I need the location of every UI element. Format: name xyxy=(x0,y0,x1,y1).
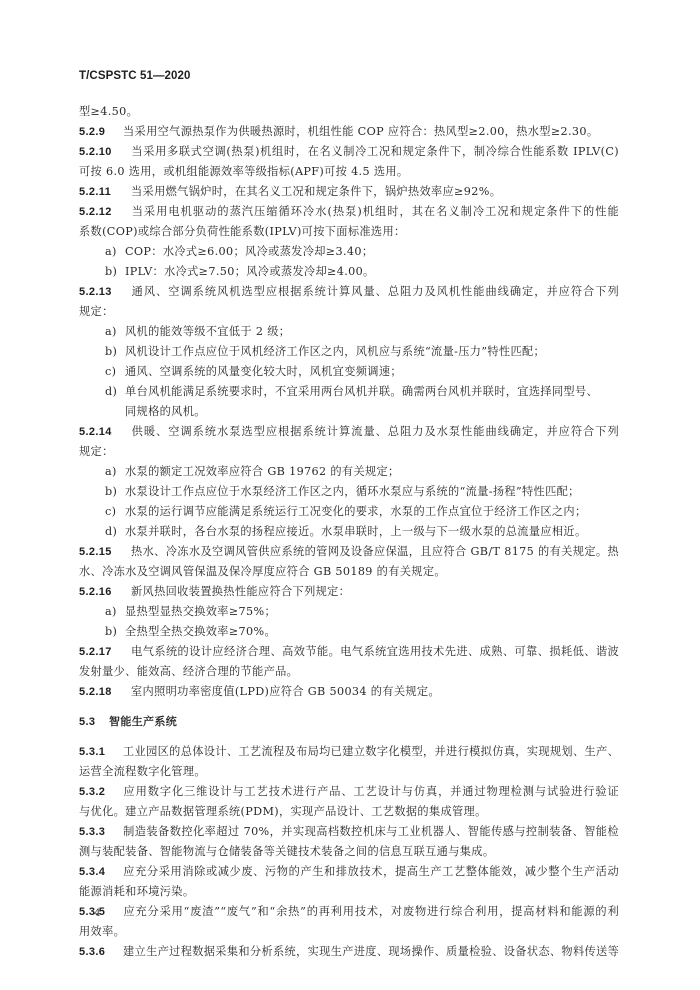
standard-code-header: T/CSPSTC 51—2020 xyxy=(79,70,191,82)
text-line: 测与装配装备、智能物流与仓储装备等关键技术装备之间的信息互联互通与集成。 xyxy=(79,842,619,862)
list-item-text: IPLV：水冷式≥7.50；风冷或蒸发冷却≥4.00。 xyxy=(125,265,375,278)
clause-text: 当采用空气源热泵作为供暖热源时，机组性能 COP 应符合：热风型≥2.00，热水… xyxy=(123,125,598,138)
clause-5-3-6: 5.3.6建立生产过程数据采集和分析系统，实现生产进度、现场操作、质量检验、设备… xyxy=(79,942,619,962)
text-line: 与优化。建立产品数据管理系统(PDM)，实现产品设计、工艺数据的集成管理。 xyxy=(79,802,619,822)
clause-number: 5.3.5 xyxy=(79,902,123,922)
list-item-label: b) xyxy=(105,262,125,282)
clause-5-2-10: 5.2.10当采用多联式空调(热泵)机组时，在名义制冷工况和规定条件下，制冷综合… xyxy=(79,142,619,162)
list-item-text: 水泵设计工作点应位于水泵经济工作区之内，循环水泵应与系统的“流量-扬程”特性匹配… xyxy=(125,485,580,498)
clause-5-2-17: 5.2.17电气系统的设计应经济合理、高效节能。电气系统宜选用技术先进、成熟、可… xyxy=(79,642,619,662)
clause-text: 应充分采用消除或减少废、污物的产生和排放技术，提高生产工艺整体能效，减少整个生产… xyxy=(123,865,619,878)
clause-5-2-14: 5.2.14供暖、空调系统水泵选型应根据系统计算流量、总阻力及水泵性能曲线确定，… xyxy=(79,422,619,442)
clause-5-3-4: 5.3.4应充分采用消除或减少废、污物的产生和排放技术，提高生产工艺整体能效，减… xyxy=(79,862,619,882)
clause-text: 应充分采用“废渣”“废气”和“余热”的再利用技术，对废物进行综合利用，提高材料和… xyxy=(123,905,619,918)
clause-number: 5.2.17 xyxy=(79,642,131,662)
clause-number: 5.3.4 xyxy=(79,862,123,882)
list-item: c)通风、空调系统的风量变化较大时，风机宜变频调速； xyxy=(79,362,619,382)
clause-text: 当采用电机驱动的蒸汽压缩循环冷水(热泵)机组时，其在名义制冷工况和规定条件下的性… xyxy=(131,205,619,218)
clause-text: 当采用燃气锅炉时，在其名义工况和规定条件下，锅炉热效率应≥92%。 xyxy=(131,185,501,198)
clause-number: 5.2.15 xyxy=(79,542,131,562)
list-item: b)IPLV：水冷式≥7.50；风冷或蒸发冷却≥4.00。 xyxy=(79,262,619,282)
clause-5-2-9: 5.2.9当采用空气源热泵作为供暖热源时，机组性能 COP 应符合：热风型≥2.… xyxy=(79,122,619,142)
body-text: 型≥4.50。 5.2.9当采用空气源热泵作为供暖热源时，机组性能 COP 应符… xyxy=(79,102,619,962)
list-item: b)全热型全热交换效率≥70%。 xyxy=(79,622,619,642)
list-item-label: a) xyxy=(105,602,125,622)
clause-number: 5.3.2 xyxy=(79,782,123,802)
text-line: 发射量少、能效高、经济合理的节能产品。 xyxy=(79,662,619,682)
clause-text: 室内照明功率密度值(LPD)应符合 GB 50034 的有关规定。 xyxy=(131,685,440,698)
clause-number: 5.2.11 xyxy=(79,182,131,202)
list-item-text: 风机设计工作点应位于风机经济工作区之内，风机应与系统“流量-压力”特性匹配； xyxy=(125,345,545,358)
clause-text: 工业园区的总体设计、工艺流程及布局均已建立数字化模型，并进行模拟仿真，实现规划、… xyxy=(123,745,619,758)
clause-5-2-15: 5.2.15热水、冷冻水及空调风管供应系统的管网及设备应保温，且应符合 GB/T… xyxy=(79,542,619,562)
list-item-label: d) xyxy=(105,522,125,542)
clause-text: 当采用多联式空调(热泵)机组时，在名义制冷工况和规定条件下，制冷综合性能系数 I… xyxy=(131,145,619,158)
section-title: 智能生产系统 xyxy=(109,715,177,728)
clause-5-2-11: 5.2.11当采用燃气锅炉时，在其名义工况和规定条件下，锅炉热效率应≥92%。 xyxy=(79,182,619,202)
clause-text: 制造装备数控化率超过 70%，并实现高档数控机床与工业机器人、智能传感与控制装备… xyxy=(123,825,619,838)
clause-number: 5.3.1 xyxy=(79,742,123,762)
text-line: 能源消耗和环境污染。 xyxy=(79,882,619,902)
text-line: 规定： xyxy=(79,302,619,322)
list-item: b)水泵设计工作点应位于水泵经济工作区之内，循环水泵应与系统的“流量-扬程”特性… xyxy=(79,482,619,502)
clause-5-2-12: 5.2.12当采用电机驱动的蒸汽压缩循环冷水(热泵)机组时，其在名义制冷工况和规… xyxy=(79,202,619,222)
list-item: d)水泵并联时，各台水泵的扬程应接近。水泵串联时，上一级与下一级水泵的总流量应相… xyxy=(79,522,619,542)
page-number: 4 xyxy=(94,907,101,919)
document-page: T/CSPSTC 51—2020 型≥4.50。 5.2.9当采用空气源热泵作为… xyxy=(0,0,700,990)
list-item-text: 通风、空调系统的风量变化较大时，风机宜变频调速； xyxy=(125,365,402,378)
clause-5-3-1: 5.3.1工业园区的总体设计、工艺流程及布局均已建立数字化模型，并进行模拟仿真，… xyxy=(79,742,619,762)
clause-text: 通风、空调系统风机选型应根据系统计算风量、总阻力及风机性能曲线确定，并应符合下列 xyxy=(131,285,619,298)
text-line: 运营全流程数字化管理。 xyxy=(79,762,619,782)
text-line: 用效率。 xyxy=(79,922,619,942)
list-item-label: a) xyxy=(105,242,125,262)
list-item: b)风机设计工作点应位于风机经济工作区之内，风机应与系统“流量-压力”特性匹配； xyxy=(79,342,619,362)
clause-5-3-2: 5.3.2应用数字化三维设计与工艺技术进行产品、工艺设计与仿真，并通过物理检测与… xyxy=(79,782,619,802)
list-item-label: b) xyxy=(105,622,125,642)
clause-number: 5.2.12 xyxy=(79,202,131,222)
list-item: a)COP：水冷式≥6.00；风冷或蒸发冷却≥3.40； xyxy=(79,242,619,262)
list-item-continuation: 同规格的风机。 xyxy=(79,402,619,422)
list-item: a)显热型显热交换效率≥75%； xyxy=(79,602,619,622)
text-line: 可按 6.0 选用，或机组能源效率等级指标(APF)可按 4.5 选用。 xyxy=(79,162,619,182)
text-line: 型≥4.50。 xyxy=(79,102,619,122)
list-item: c)水泵的运行调节应能满足系统运行工况变化的要求，水泵的工作点宜位于经济工作区之… xyxy=(79,502,619,522)
list-item-text: 显热型显热交换效率≥75%； xyxy=(125,605,276,618)
list-item-label: b) xyxy=(105,342,125,362)
clause-number: 5.2.13 xyxy=(79,282,131,302)
clause-text: 供暖、空调系统水泵选型应根据系统计算流量、总阻力及水泵性能曲线确定，并应符合下列 xyxy=(131,425,619,438)
clause-number: 5.2.9 xyxy=(79,122,123,142)
list-item-text: 水泵的额定工况效率应符合 GB 19762 的有关规定； xyxy=(125,465,400,478)
clause-5-2-18: 5.2.18室内照明功率密度值(LPD)应符合 GB 50034 的有关规定。 xyxy=(79,682,619,702)
text-line: 规定： xyxy=(79,442,619,462)
list-item-text: 同规格的风机。 xyxy=(125,405,206,418)
clause-text: 应用数字化三维设计与工艺技术进行产品、工艺设计与仿真，并通过物理检测与试验进行验… xyxy=(123,785,619,798)
clause-number: 5.2.10 xyxy=(79,142,131,162)
text-line: 水、冷冻水及空调风管保温及保冷厚度应符合 GB 50189 的有关规定。 xyxy=(79,562,619,582)
list-item-label: b) xyxy=(105,482,125,502)
clause-number: 5.2.16 xyxy=(79,582,131,602)
list-item-label: a) xyxy=(105,322,125,342)
list-item: d)单台风机能满足系统要求时，不宜采用两台风机并联。确需两台风机并联时，宜选择同… xyxy=(79,382,619,402)
clause-5-3-3: 5.3.3制造装备数控化率超过 70%，并实现高档数控机床与工业机器人、智能传感… xyxy=(79,822,619,842)
list-item-text: 全热型全热交换效率≥70%。 xyxy=(125,625,276,638)
list-item: a)风机的能效等级不宜低于 2 级； xyxy=(79,322,619,342)
list-item-text: 风机的能效等级不宜低于 2 级； xyxy=(125,325,290,338)
clause-number: 5.3.6 xyxy=(79,942,123,962)
clause-5-2-13: 5.2.13通风、空调系统风机选型应根据系统计算风量、总阻力及风机性能曲线确定，… xyxy=(79,282,619,302)
clause-text: 热水、冷冻水及空调风管供应系统的管网及设备应保温，且应符合 GB/T 8175 … xyxy=(131,545,619,558)
clause-5-3-5: 5.3.5应充分采用“废渣”“废气”和“余热”的再利用技术，对废物进行综合利用，… xyxy=(79,902,619,922)
list-item-label: d) xyxy=(105,382,125,402)
clause-number: 5.3.3 xyxy=(79,822,123,842)
clause-text: 建立生产过程数据采集和分析系统，实现生产进度、现场操作、质量检验、设备状态、物料… xyxy=(123,945,619,958)
list-item-label: c) xyxy=(105,502,125,522)
clause-number: 5.2.18 xyxy=(79,682,131,702)
section-number: 5.3 xyxy=(79,712,109,732)
list-item-label: a) xyxy=(105,462,125,482)
list-item-label: c) xyxy=(105,362,125,382)
section-heading-5-3: 5.3智能生产系统 xyxy=(79,712,619,732)
clause-number: 5.2.14 xyxy=(79,422,131,442)
clause-text: 电气系统的设计应经济合理、高效节能。电气系统宜选用技术先进、成熟、可靠、损耗低、… xyxy=(131,645,619,658)
clause-text: 新风热回收装置换热性能应符合下列规定： xyxy=(131,585,350,598)
text-line: 系数(COP)或综合部分负荷性能系数(IPLV)可按下面标准选用： xyxy=(79,222,619,242)
list-item-text: COP：水冷式≥6.00；风冷或蒸发冷却≥3.40； xyxy=(125,245,373,258)
list-item-text: 水泵并联时，各台水泵的扬程应接近。水泵串联时，上一级与下一级水泵的总流量应相近。 xyxy=(125,525,587,538)
list-item-text: 单台风机能满足系统要求时，不宜采用两台风机并联。确需两台风机并联时，宜选择同型号… xyxy=(125,385,598,398)
list-item: a)水泵的额定工况效率应符合 GB 19762 的有关规定； xyxy=(79,462,619,482)
list-item-text: 水泵的运行调节应能满足系统运行工况变化的要求，水泵的工作点宜位于经济工作区之内； xyxy=(125,505,587,518)
clause-5-2-16: 5.2.16新风热回收装置换热性能应符合下列规定： xyxy=(79,582,619,602)
